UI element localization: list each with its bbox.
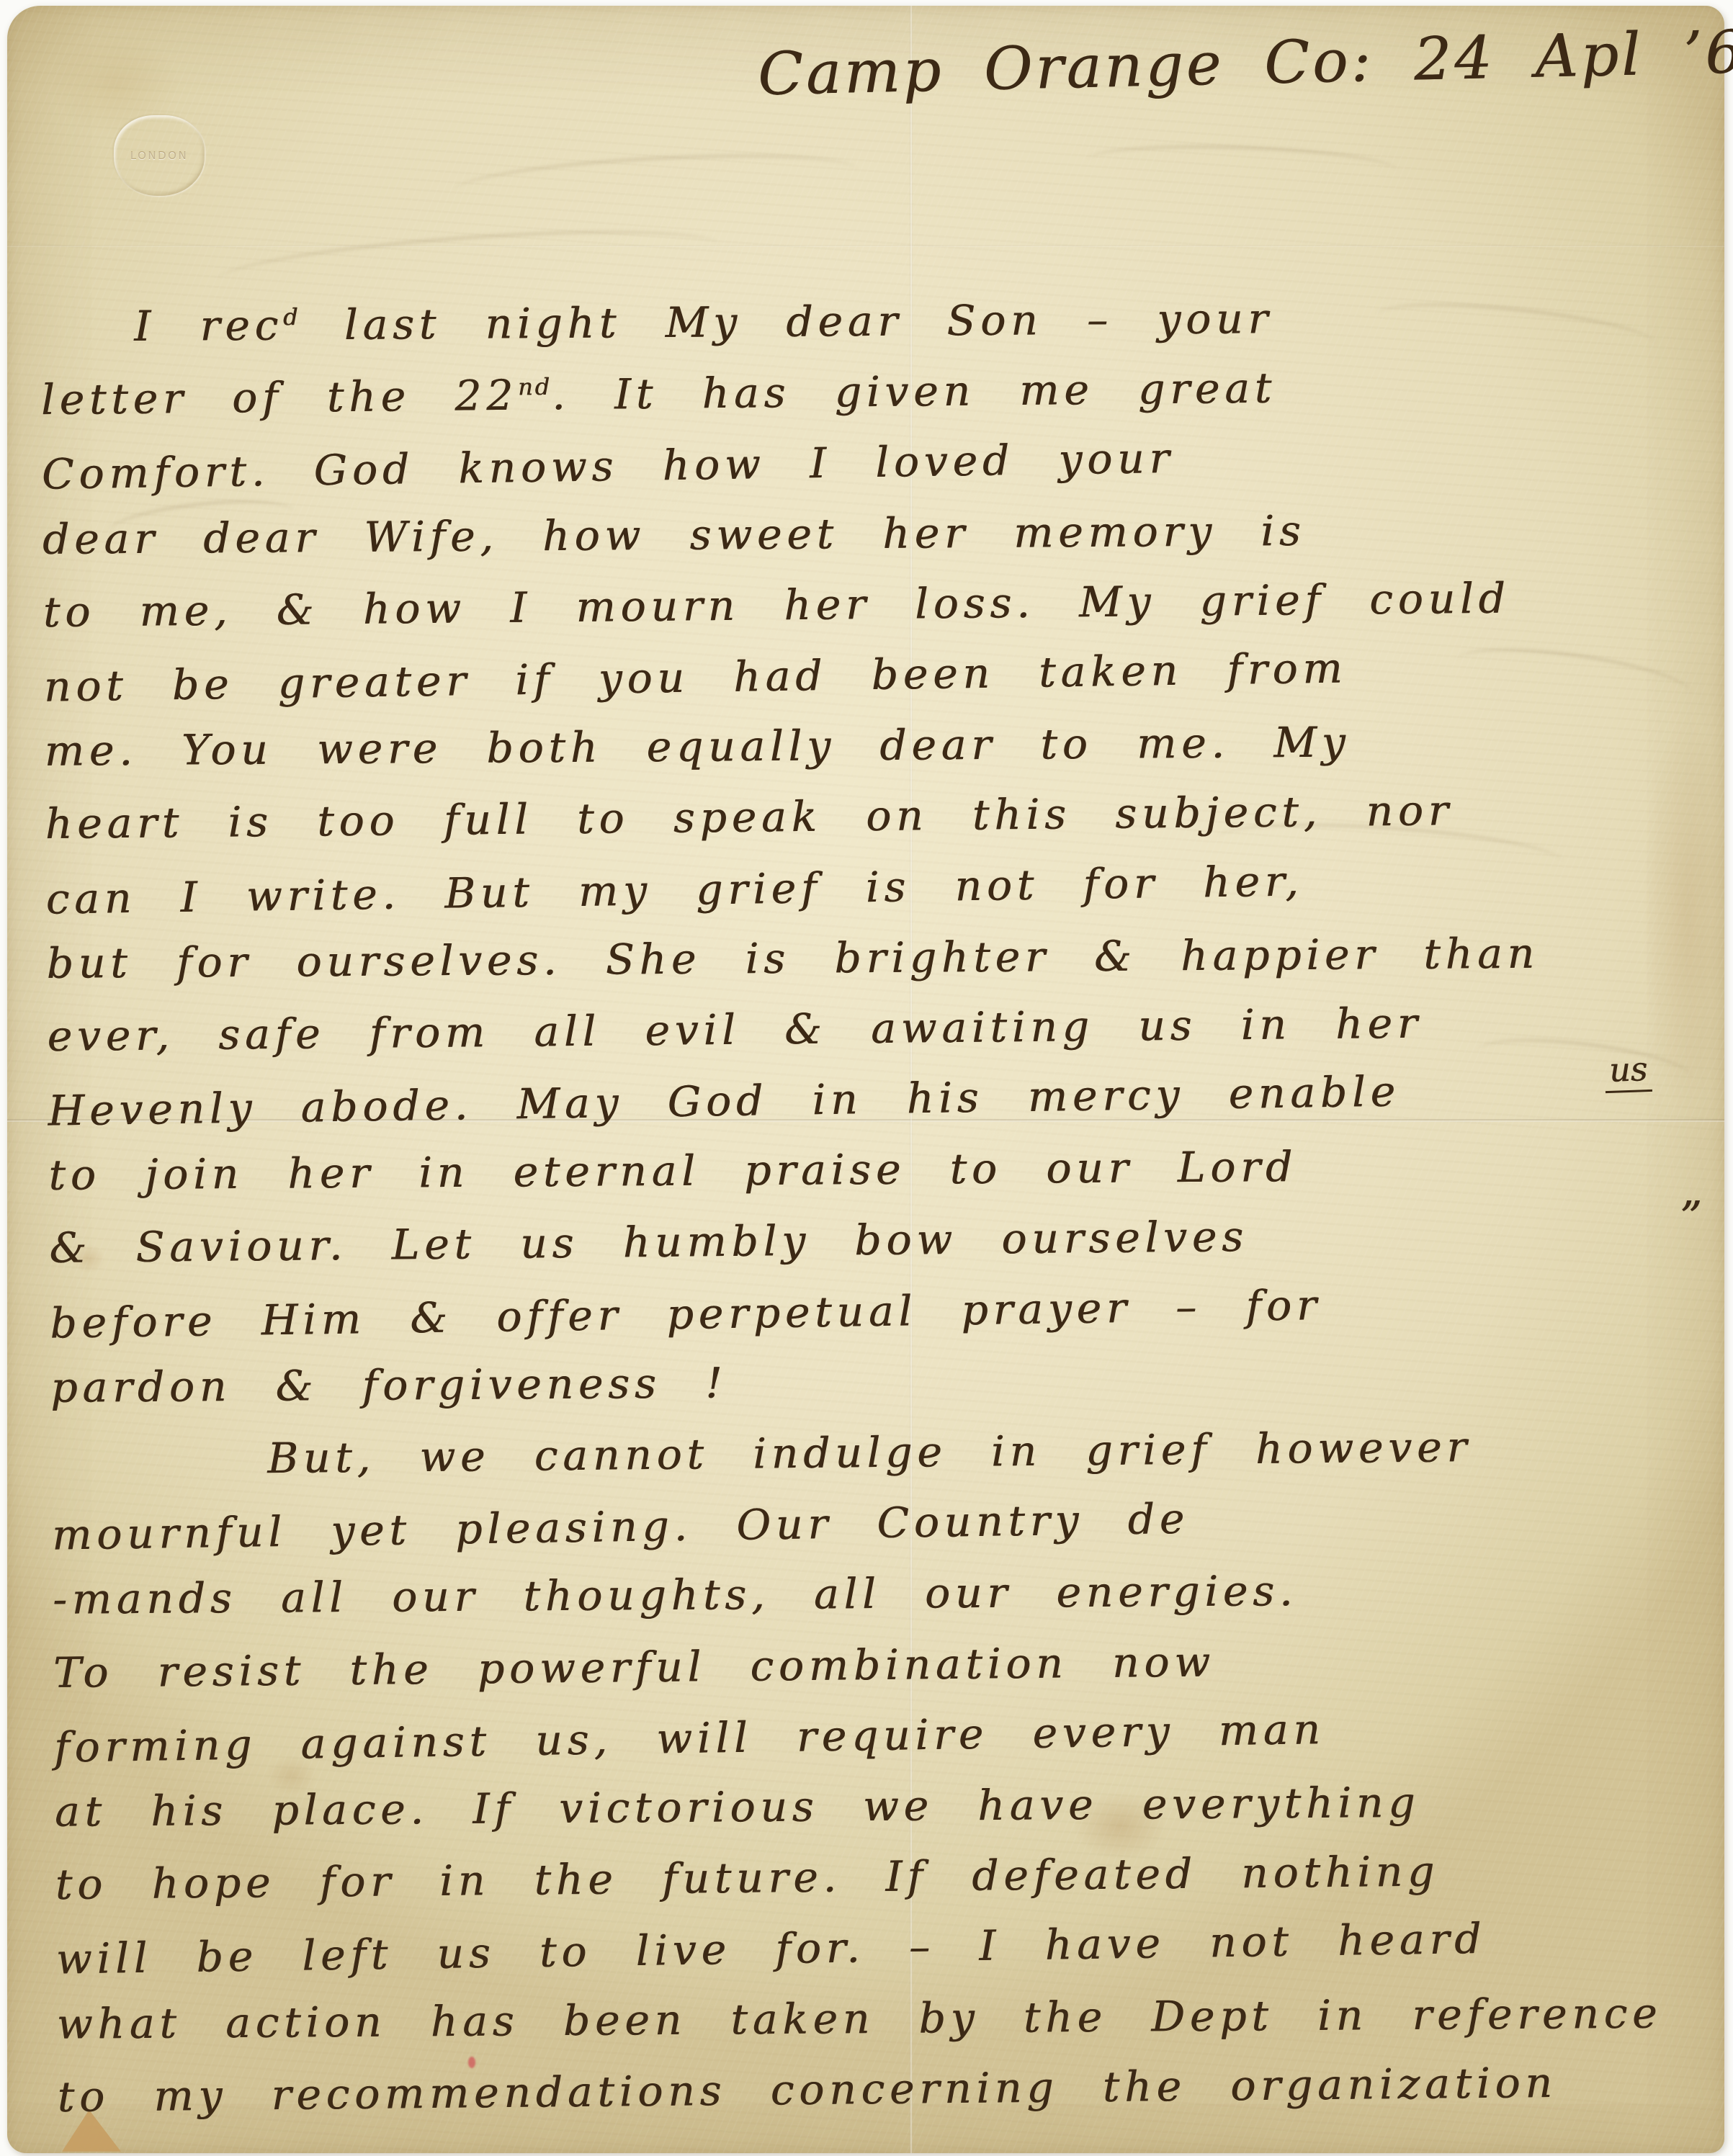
stamp-text: LONDON	[130, 149, 188, 162]
letter-line: pardon & forgiveness !	[50, 1352, 1708, 1434]
ink-bleedthrough	[453, 146, 859, 213]
ink-bleedthrough	[215, 219, 721, 307]
ink-bleedthrough	[1087, 141, 1398, 189]
letter-line: dear dear Wife, how sweet her memory is	[42, 503, 1700, 585]
letter-line: to join her in eternal praise to our Lor…	[48, 1139, 1706, 1221]
superscript-text: nd	[518, 373, 552, 400]
embossed-paper-stamp: LONDON	[114, 115, 205, 196]
line-text: I rec	[134, 301, 283, 351]
letter-scan: LONDON Camp Orange Co: 24 Apl ’64 I recd…	[0, 0, 1733, 2156]
letter-line: at his place. If victorious we have ever…	[55, 1776, 1712, 1858]
letter-line: to my recommendations concerning the org…	[57, 2057, 1714, 2143]
letter-line: but for ourselves. She is brighter & hap…	[46, 927, 1703, 1010]
line-text: letter of the 22	[41, 371, 519, 424]
paper-sheet: LONDON Camp Orange Co: 24 Apl ’64 I recd…	[7, 6, 1724, 2153]
letter-body: I recd last night My dear Son – yourlett…	[40, 289, 1714, 2143]
line-text: . It has given me great	[552, 364, 1277, 420]
ditto-mark: ”	[1680, 1192, 1702, 1243]
letter-line: me. You were both equally dear to me. My	[45, 715, 1702, 797]
letter-line: what action has been taken by the Dept i…	[57, 1988, 1714, 2070]
inserted-word: us	[1604, 1049, 1652, 1093]
paper-crease	[7, 245, 1724, 247]
line-text: last night My dear Son – your	[300, 294, 1273, 349]
letter-dateline: Camp Orange Co: 24 Apl ’64	[757, 20, 1666, 109]
superscript-text: d	[283, 303, 300, 331]
letter-line: -mands all our thoughts, all our energie…	[53, 1564, 1710, 1646]
letter-line: I recd last night My dear Son – your	[40, 291, 1698, 373]
